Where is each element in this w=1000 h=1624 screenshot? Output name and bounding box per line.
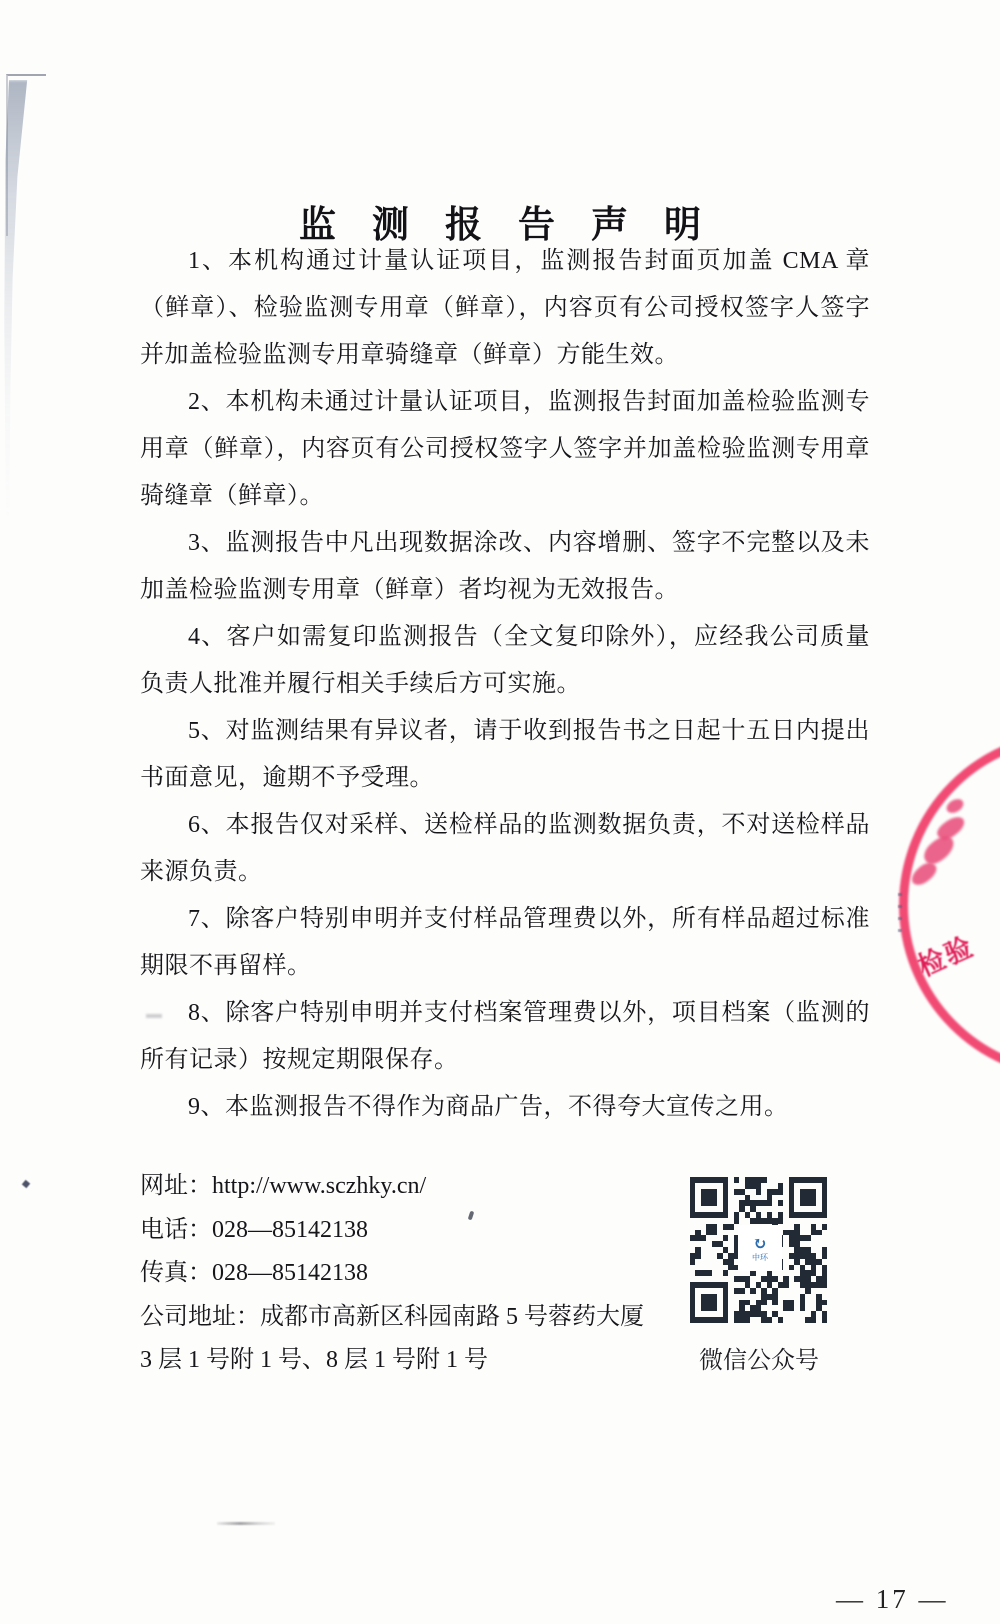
address-value: 成都市高新区科园南路 5 号蓉药大厦 — [260, 1304, 644, 1330]
statement-paragraph-2: 2、本机构未通过计量认证项目，监测报告封面加盖检验监测专用章（鲜章），内容页有公… — [140, 379, 870, 520]
fax-label: 传真： — [140, 1260, 212, 1286]
phone-label: 电话： — [140, 1217, 212, 1243]
statement-paragraph-7: 7、除客户特别申明并支付样品管理费以外，所有样品超过标准期限不再留样。 — [140, 896, 870, 990]
phone-row: 电话：028—85142138 — [140, 1209, 700, 1253]
scan-speck-artifact — [22, 1180, 30, 1188]
website-value: http://www.sczhky.cn/ — [212, 1173, 426, 1199]
scan-smear-artifact — [217, 1522, 275, 1525]
statement-paragraph-6: 6、本报告仅对采样、送检样品的监测数据负责，不对送检样品来源负责。 — [140, 802, 870, 896]
statement-paragraph-5: 5、对监测结果有异议者，请于收到报告书之日起十五日内提出书面意见，逾期不予受理。 — [140, 708, 870, 802]
wechat-account-caption: 微信公众号 — [688, 1340, 830, 1375]
page-number: — 17 — — [836, 1584, 949, 1615]
statement-paragraph-9: 9、本监测报告不得作为商品广告，不得夸大宣传之用。 — [140, 1084, 870, 1131]
address-value-line2: 3 层 1 号附 1 号、8 层 1 号附 1 号 — [140, 1347, 488, 1373]
statement-paragraph-1: 1、本机构通过计量认证项目，监测报告封面页加盖 CMA 章（鲜章）、检验监测专用… — [140, 238, 870, 379]
qr-center-logo: ↻ 中环 — [740, 1227, 780, 1269]
address-row-2: 3 层 1 号附 1 号、8 层 1 号附 1 号 — [140, 1339, 700, 1383]
fax-value: 028—85142138 — [212, 1260, 368, 1286]
statement-body: 1、本机构通过计量认证项目，监测报告封面页加盖 CMA 章（鲜章）、检验监测专用… — [140, 238, 870, 1131]
statement-paragraph-3: 3、监测报告中凡出现数据涂改、内容增删、签字不完整以及未加盖检验监测专用章（鲜章… — [140, 520, 870, 614]
website-label: 网址： — [140, 1173, 212, 1199]
statement-paragraph-4: 4、客户如需复印监测报告（全文复印除外），应经我公司质量负责人批准并履行相关手续… — [140, 614, 870, 708]
address-label: 公司地址： — [140, 1304, 260, 1330]
contact-block: 网址：http://www.sczhky.cn/ 电话：028—85142138… — [140, 1165, 700, 1383]
phone-value: 028—85142138 — [212, 1217, 368, 1243]
website-row: 网址：http://www.sczhky.cn/ — [140, 1165, 700, 1209]
qr-center-swirl-icon: ↻ — [753, 1235, 767, 1253]
red-seal-arc — [899, 731, 1000, 1079]
qr-center-logo-text: 中环 — [752, 1253, 768, 1262]
fax-row: 传真：028—85142138 — [140, 1252, 700, 1296]
statement-paragraph-8: 8、除客户特别申明并支付档案管理费以外，项目档案（监测的所有记录）按规定期限保存… — [140, 990, 870, 1084]
address-row: 公司地址：成都市高新区科园南路 5 号蓉药大厦 — [140, 1296, 700, 1340]
red-seal-dotted-artifact — [898, 893, 902, 935]
